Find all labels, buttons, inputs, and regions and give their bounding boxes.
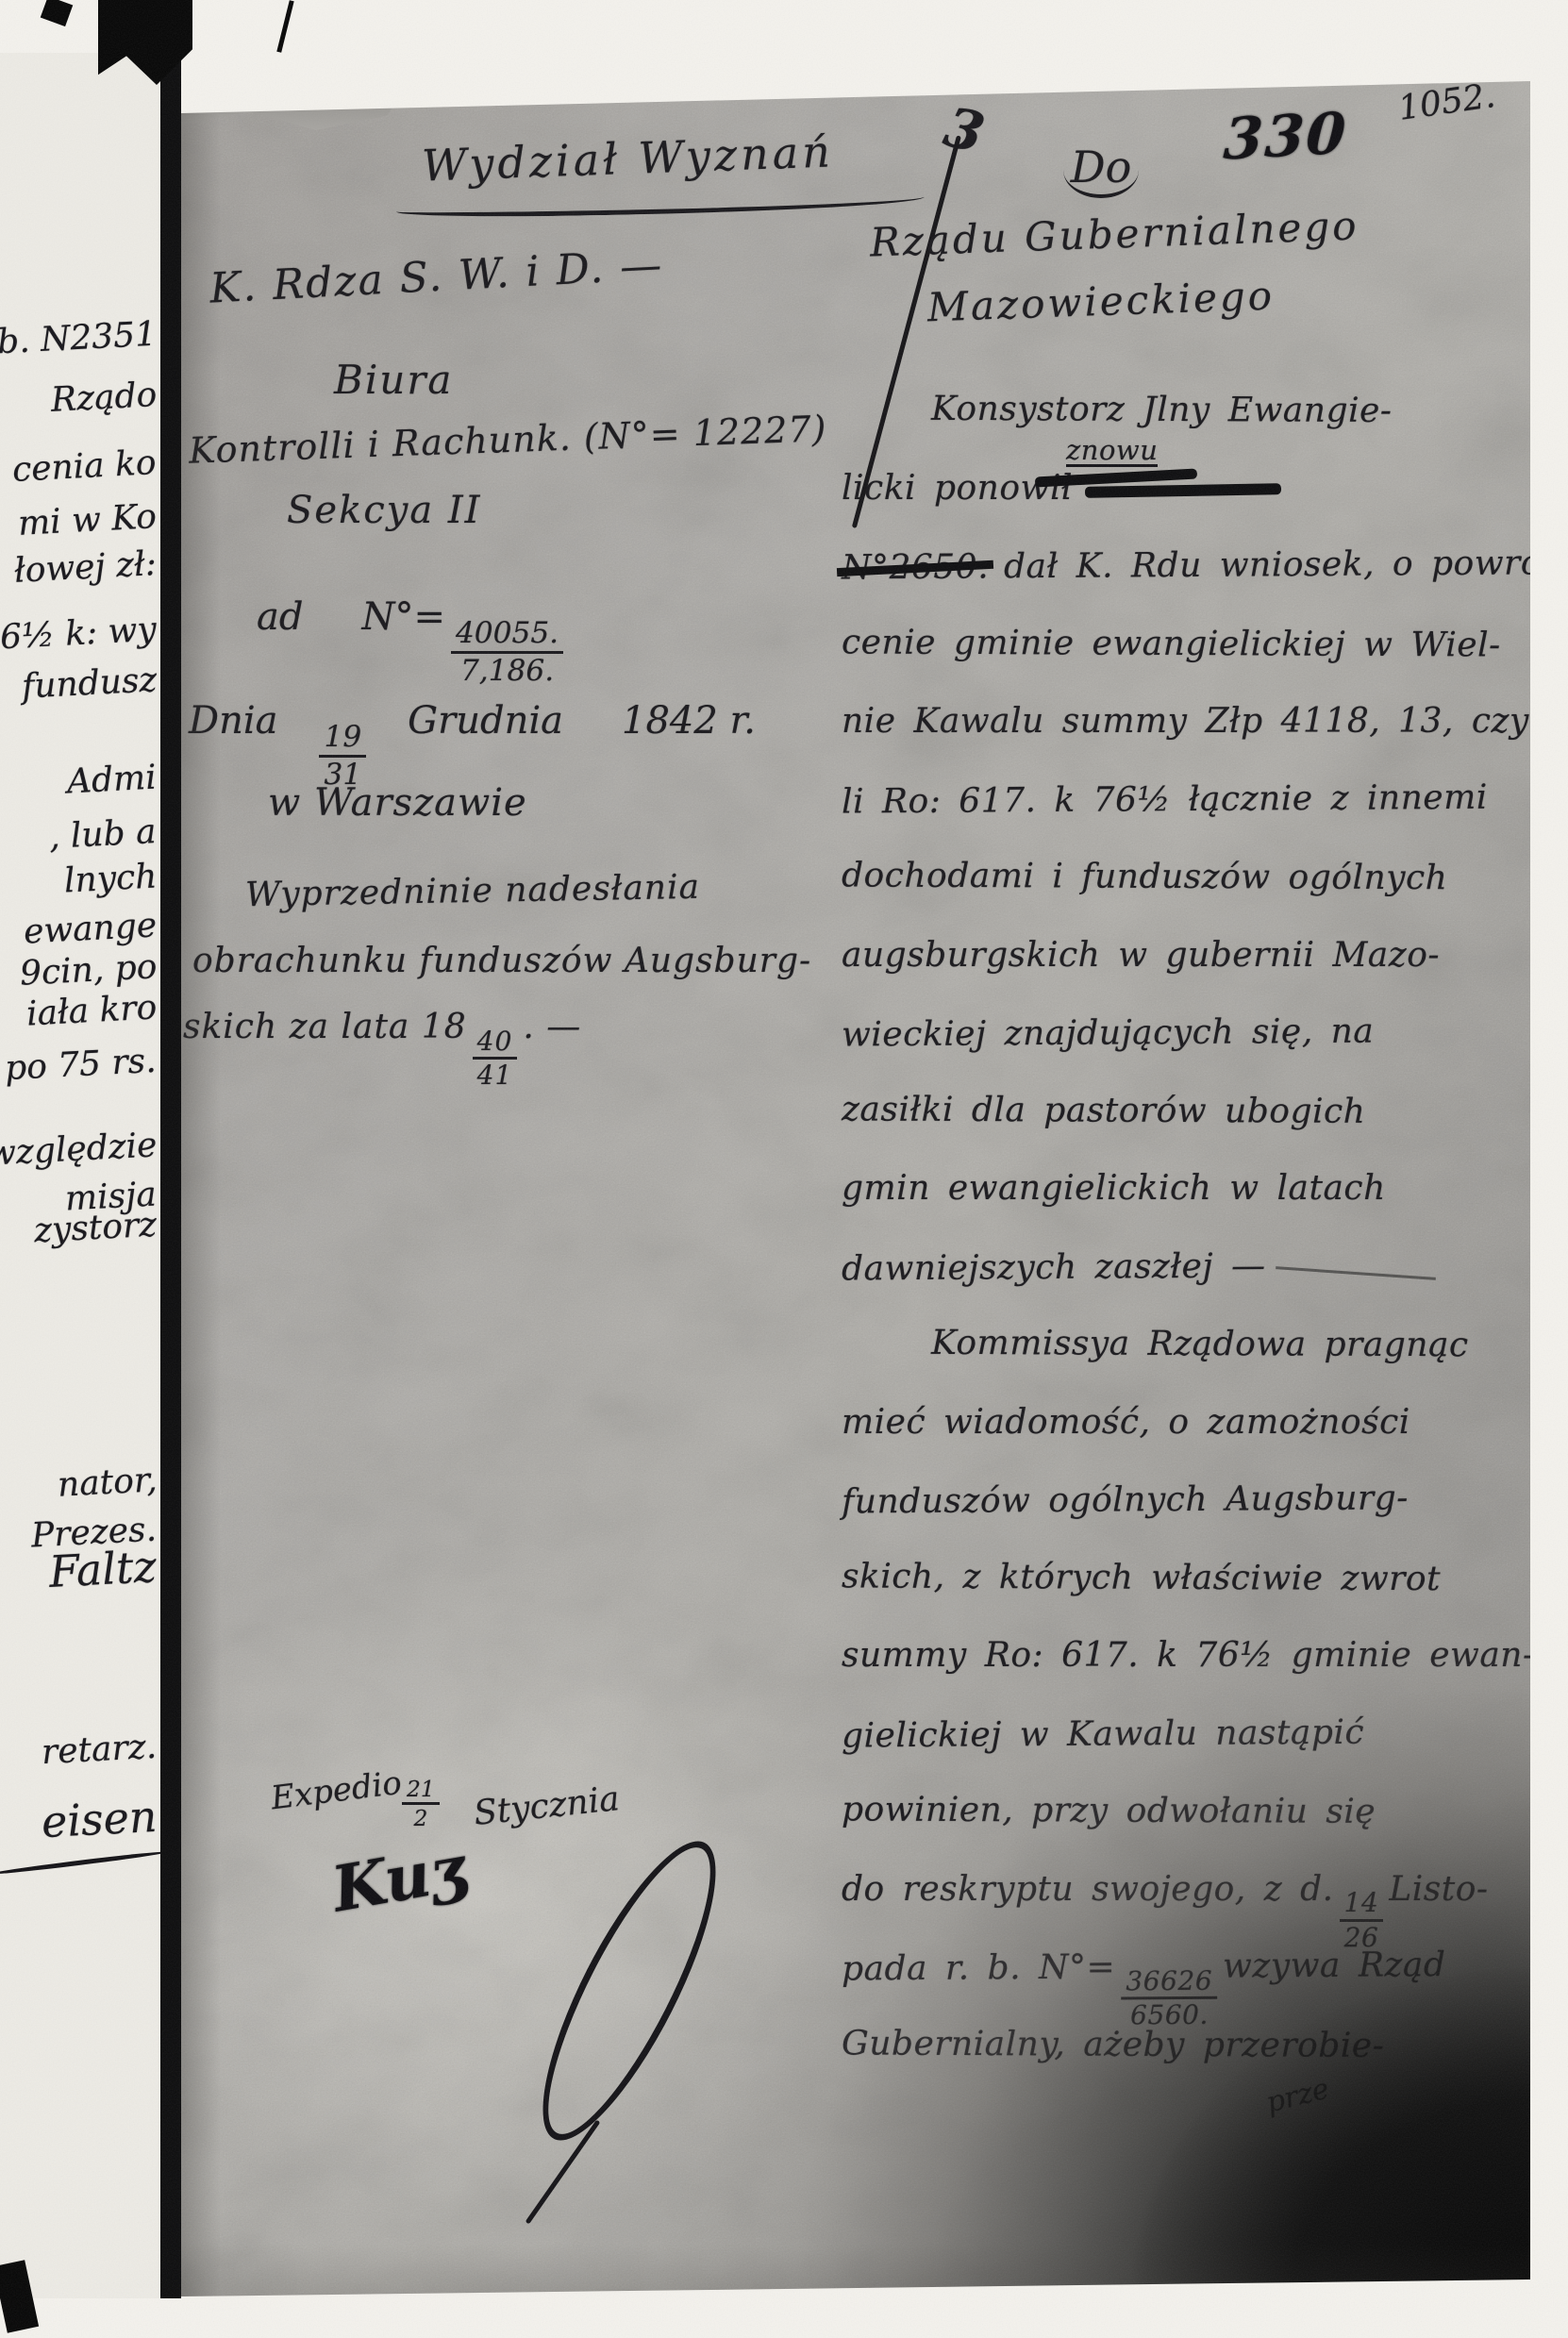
body-line-text: Gubernialny, ażeby przerobie- [842, 2024, 1384, 2065]
body-line: skich, z których właściwie zwrot [842, 1538, 1519, 1619]
previous-page-text-fragment: , lub a [48, 812, 158, 857]
body-line-text: Konsystorz Jlny Ewangie- [931, 390, 1393, 430]
body-line-text: summy Ro: 617. k 76½ gminie ewan- [842, 1636, 1535, 1675]
binding-mark [276, 0, 293, 53]
previous-page-edge: b. N2351 Rządo cenia ko mi w Ko łowej zł… [0, 53, 168, 2298]
body-line: nie Kawalu summy Złp 4118, 13, czy- [842, 683, 1519, 761]
number-label: N°= [361, 595, 445, 639]
department-header: Wydział Wyznań [421, 125, 834, 191]
body-line-text: pada r. b. N°= [842, 1947, 1115, 1988]
previous-page-text-fragment: cenia ko [11, 443, 157, 490]
crossed-out-number: N°2650. [842, 547, 989, 587]
body-line: li Ro: 617. k 76½ łącznie z innemi [842, 759, 1520, 842]
body-line: Konsystorz Jlny Ewangie- [842, 370, 1519, 451]
date-label: Dnia [189, 699, 277, 743]
letter-page: Wydział Wyznań 1052. 330 3 K. Rdza S. W.… [181, 81, 1530, 2296]
date-line: Dnia1931Grudnia1842 r. [189, 699, 756, 791]
sender-office-detail: Kontrolli i Rachunk. (N°= 12227) [188, 408, 827, 472]
document-scan: b. N2351 Rządo cenia ko mi w Ko łowej zł… [0, 0, 1568, 2338]
letter-body: Konsystorz Jlny Ewangie- licki ponowił z… [842, 372, 1519, 2084]
date-year: 1842 r. [622, 699, 756, 743]
body-line: wieckiej znajdujących się, na [842, 992, 1520, 1075]
previous-page-text-fragment: Rządo [50, 376, 158, 420]
body-line-text: wzywa Rząd [1223, 1946, 1446, 1986]
clerk-signature-flourish: Kuʒ [326, 1830, 471, 1926]
body-line: do reskryptu swojego, z d.1426Listo- [842, 1851, 1519, 1929]
body-line-text: cenie gminie ewangielickiej w Wiel- [842, 623, 1501, 664]
previous-page-text-fragment: Admi [66, 759, 158, 802]
previous-page-text-fragment: mi w Ko [17, 497, 158, 543]
body-line-text: mieć wiadomość, o zamożności [842, 1403, 1410, 1442]
body-line: summy Ro: 617. k 76½ gminie ewan- [842, 1617, 1519, 1695]
body-line: dawniejszych zaszłej — [842, 1226, 1520, 1309]
body-line-text: skich, z których właściwie zwrot [842, 1557, 1441, 1598]
previous-page-text-fragment: po 75 rs. [4, 1042, 157, 1088]
body-line: powinien, przy odwołaniu się [842, 1771, 1519, 1852]
body-line: Gubernialny, ażeby przerobie- [842, 2005, 1519, 2086]
inserted-word: znowu [1066, 437, 1158, 467]
recipient-heading: Do Rządu Gubernialnego Mazowieckiego [870, 142, 1332, 325]
body-line: augsburgskich w gubernii Mazo- [842, 917, 1519, 995]
reference-number-line: adN°=40055.7,186. [257, 595, 569, 687]
body-line: N°2650.dał K. Rdu wniosek, o powró- [842, 525, 1520, 608]
body-line-text: do reskryptu swojego, z d. [842, 1870, 1334, 1909]
body-line: licki ponowił znowu [842, 450, 1519, 528]
previous-page-text-fragment: retarz. [41, 1728, 158, 1772]
previous-page-text-fragment: zystorz [33, 1206, 158, 1251]
page-number: 1052. [1396, 76, 1498, 128]
expedition-date-fraction: 212 [396, 1761, 445, 1830]
subject-years-fraction: 4041 [473, 1027, 518, 1090]
sender-authority: K. Rdza S. W. i D. — [209, 241, 664, 312]
body-line: cenie gminie ewangielickiej w Wiel- [842, 604, 1519, 685]
body-line-text: gmin ewangielickich w latach [842, 1169, 1386, 1208]
sender-section: Sekcya II [287, 489, 481, 532]
body-line-text: zasiłki dla pastorów ubogich [842, 1090, 1366, 1130]
body-line: pada r. b. N°=366266560.wzywa Rząd [842, 1926, 1520, 2009]
binding-strip [160, 53, 181, 2298]
recipient-name: Mazowieckiego [869, 270, 1332, 332]
body-line: Kommissya Rządowa pragnąc [842, 1304, 1519, 1385]
body-line-text: augsburgskich w gubernii Mazo- [842, 936, 1440, 975]
date-day-fraction: 1931 [319, 722, 366, 791]
body-line-text: nie Kawalu summy Złp 4118, 13, czy- [842, 702, 1541, 741]
pen-loop-flourish [512, 1821, 747, 2160]
previous-page-text-fragment: nator, [56, 1461, 158, 1504]
previous-page-text-fragment: lnych [63, 857, 158, 900]
expedition-label: Expedio [269, 1764, 404, 1818]
body-line: gielickiej w Kawalu nastąpić [842, 1693, 1520, 1776]
header-underline-flourish [396, 190, 925, 219]
body-line-text: licki ponowił [842, 469, 1073, 508]
signature-underline-flourish [0, 1849, 168, 1876]
date-month: Grudnia [408, 699, 563, 743]
previous-page-text-fragment: iała kro [25, 988, 158, 1033]
subject-years-suffix: . — [523, 1008, 581, 1046]
body-line: funduszów ogólnych Augsburg- [842, 1459, 1520, 1542]
previous-page-signature: eisen [40, 1791, 158, 1847]
sender-office: Biura [334, 357, 453, 403]
previous-page-text-fragment: b. N2351 [0, 315, 158, 362]
previous-page-text-fragment: łowej zł: [13, 544, 158, 591]
place-line: w Warszawie [268, 781, 527, 825]
previous-page-text-fragment: 6½ k: wy [0, 610, 158, 658]
body-line: gmin ewangielickich w latach [842, 1150, 1519, 1228]
subject-years-prefix: skich za lata 18 [183, 1008, 467, 1046]
previous-page-signature: Faltz [48, 1541, 158, 1597]
body-line-text: Kommissya Rządowa pragnąc [931, 1324, 1469, 1364]
date-fraction: 212 [402, 1778, 440, 1830]
body-line-text: dawniejszych zaszłej — [842, 1246, 1266, 1288]
body-line-text: li Ro: 617. k 76½ łącznie z innemi [842, 777, 1488, 821]
body-line-text: powinien, przy odwołaniu się [842, 1790, 1376, 1830]
body-line-text: dochodami i funduszów ogólnych [842, 856, 1448, 897]
strikethrough-bar [1085, 483, 1281, 498]
previous-page-text-fragment: 9cin, po [19, 947, 158, 994]
subject-line: Wyprzedninie nadesłania [245, 868, 701, 914]
expedition-month: Stycznia [472, 1779, 621, 1833]
subject-line: skich za lata 184041. — [183, 1008, 581, 1090]
body-line: dochodami i funduszów ogólnych [842, 837, 1519, 918]
torn-page-corner [181, 81, 406, 130]
previous-page-text-fragment: względzie [0, 1126, 158, 1173]
previous-page-text-fragment: fundusz [21, 660, 158, 706]
body-line-text: wieckiej znajdujących się, na [842, 1012, 1375, 1055]
body-line-text: gielickiej w Kawalu nastąpić [842, 1712, 1364, 1755]
body-line: zasiłki dla pastorów ubogich [842, 1071, 1519, 1152]
body-line-text: Listo- [1389, 1870, 1488, 1909]
reference-number-fraction: 40055.7,186. [451, 618, 563, 687]
subject-line: obrachunku funduszów Augsburg- [192, 942, 811, 980]
recipient-to: Do [1063, 142, 1140, 198]
body-line-text: dał K. Rdu wniosek, o powró- [1004, 543, 1554, 586]
previous-page-text-fragment: ewange [23, 906, 158, 951]
recipient-name: Rządu Gubernialnego [869, 203, 1332, 265]
binding-mark [41, 0, 74, 26]
body-line: mieć wiadomość, o zamożności [842, 1384, 1519, 1462]
body-line-text: funduszów ogólnych Augsburg- [842, 1478, 1409, 1521]
reference-prefix: ad [257, 595, 303, 639]
